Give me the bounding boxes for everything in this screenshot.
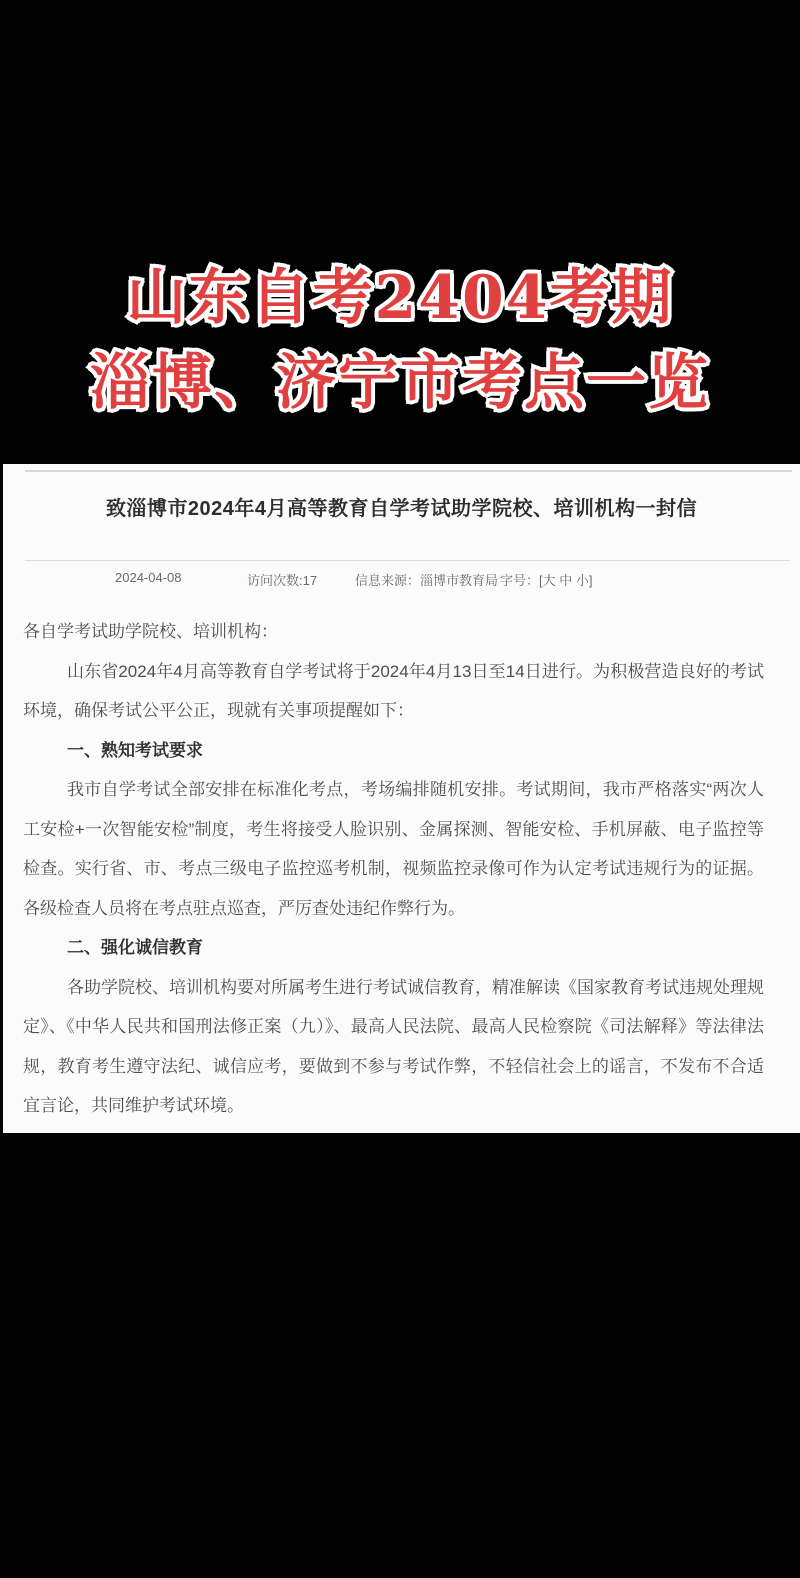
section-heading-1: 一、熟知考试要求 [23,731,764,771]
document-panel: 致淄博市2024年4月高等教育自学考试助学院校、培训机构一封信 2024-04-… [3,464,800,1133]
cover-title-line1: 山东自考2404考期 [0,256,800,341]
visit-count: 访问次数:17 [247,570,317,589]
paragraph-intro: 山东省2024年4月高等教育自学考试将于2024年4月13日至14日进行。为积极… [23,652,764,731]
letter-body: 各自学考试助学院校、培训机构： 山东省2024年4月高等教育自学考试将于2024… [23,612,764,1126]
cover-title-line2: 淄博、济宁市考点一览 [0,341,800,426]
font-size-control[interactable]: 字号：[大 中 小] [500,570,592,589]
paragraph-section-1: 我市自学考试全部安排在标准化考点，考场编排随机安排。考试期间，我市严格落实“两次… [23,770,764,928]
title-divider [25,560,790,561]
paragraph-section-2: 各助学院校、培训机构要对所属考生进行考试诚信教育，精准解读《国家教育考试违规处理… [23,968,764,1126]
info-source: 信息来源：淄博市教育局 [355,570,498,589]
page-top-divider [25,470,792,472]
poster-canvas: 山东自考2404考期 淄博、济宁市考点一览 致淄博市2024年4月高等教育自学考… [0,0,800,1578]
document-title: 致淄博市2024年4月高等教育自学考试助学院校、培训机构一封信 [3,496,800,522]
section-heading-2: 二、强化诚信教育 [23,928,764,968]
publish-date: 2024-04-08 [115,570,182,585]
salutation: 各自学考试助学院校、培训机构： [23,612,764,652]
cover-title: 山东自考2404考期 淄博、济宁市考点一览 [0,256,800,426]
meta-bar: 2024-04-08 访问次数:17 信息来源：淄博市教育局 字号：[大 中 小… [3,570,800,586]
